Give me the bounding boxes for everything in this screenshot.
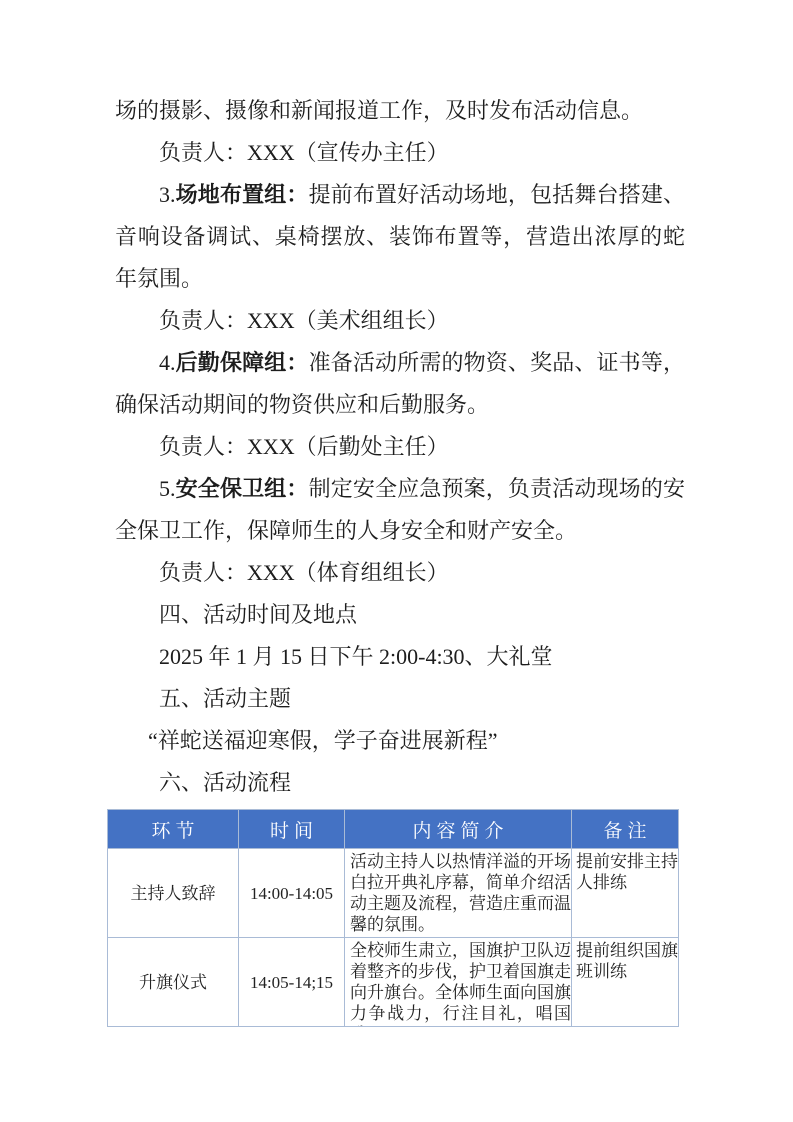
document-page: 场的摄影、摄像和新闻报道工作，及时发布活动信息。 负责人：XXX（宣传办主任） …: [0, 0, 793, 1122]
paragraph-leader-art: 负责人：XXX（美术组组长）: [115, 300, 685, 342]
paragraph-leader-logistics: 负责人：XXX（后勤处主任）: [115, 426, 685, 468]
cell-note-text: 提前安排主持人排练: [572, 849, 678, 937]
cell-content: 全校师生肃立，国旗护卫队迈着整齐的步伐，护卫着国旗走向升旗台。全体师生面向国旗力…: [345, 938, 572, 1027]
group-security-number: 5.: [159, 476, 176, 501]
column-header-stage: 环节: [108, 810, 239, 849]
cell-note-text: 提前组织国旗班训练: [572, 938, 678, 1026]
paragraph-theme: “祥蛇送福迎寒假，学子奋进展新程”: [115, 720, 685, 762]
cell-stage: 主持人致辞: [108, 849, 239, 938]
group-logistics-name: 后勤保障组：: [176, 350, 309, 375]
group-logistics-number: 4.: [159, 350, 176, 375]
heading-flow: 六、活动流程: [115, 762, 685, 804]
schedule-header-row: 环节 时间 内容简介 备注: [108, 810, 679, 849]
heading-theme: 五、活动主题: [115, 678, 685, 720]
cell-stage: 升旗仪式: [108, 938, 239, 1027]
cell-time: 14:00-14:05: [239, 849, 345, 938]
cell-content-text: 全校师生肃立，国旗护卫队迈着整齐的步伐，护卫着国旗走向升旗台。全体师生面向国旗力…: [345, 938, 571, 1026]
column-header-note: 备注: [572, 810, 679, 849]
schedule-table: 环节 时间 内容简介 备注 主持人致辞 14:00-14:05 活动主持人以热情…: [107, 809, 679, 1027]
column-header-content: 内容简介: [345, 810, 572, 849]
group-security-name: 安全保卫组：: [176, 476, 309, 501]
document-content: 场的摄影、摄像和新闻报道工作，及时发布活动信息。 负责人：XXX（宣传办主任） …: [115, 90, 685, 1027]
heading-time-place: 四、活动时间及地点: [115, 594, 685, 636]
paragraph-group-logistics: 4.后勤保障组：准备活动所需的物资、奖品、证书等，确保活动期间的物资供应和后勤服…: [115, 342, 685, 426]
table-row-host-speech: 主持人致辞 14:00-14:05 活动主持人以热情洋溢的开场白拉开典礼序幕，简…: [108, 849, 679, 938]
cell-note: 提前安排主持人排练: [572, 849, 679, 938]
column-header-time: 时间: [239, 810, 345, 849]
cell-content: 活动主持人以热情洋溢的开场白拉开典礼序幕，简单介绍活动主题及流程，营造庄重而温馨…: [345, 849, 572, 938]
table-row-flag-ceremony: 升旗仪式 14:05-14;15 全校师生肃立，国旗护卫队迈着整齐的步伐，护卫着…: [108, 938, 679, 1027]
cell-time: 14:05-14;15: [239, 938, 345, 1027]
group-venue-number: 3.: [159, 182, 176, 207]
paragraph-time-place: 2025 年 1 月 15 日下午 2:00-4:30、大礼堂: [115, 636, 685, 678]
paragraph-group-security: 5.安全保卫组：制定安全应急预案，负责活动现场的安全保卫工作，保障师生的人身安全…: [115, 468, 685, 552]
group-venue-name: 场地布置组：: [176, 182, 309, 207]
paragraph-leader-sports: 负责人：XXX（体育组组长）: [115, 552, 685, 594]
paragraph-photo-report: 场的摄影、摄像和新闻报道工作，及时发布活动信息。: [115, 90, 685, 132]
paragraph-leader-publicity: 负责人：XXX（宣传办主任）: [115, 132, 685, 174]
paragraph-group-venue: 3.场地布置组：提前布置好活动场地，包括舞台搭建、音响设备调试、桌椅摆放、装饰布…: [115, 174, 685, 300]
cell-note: 提前组织国旗班训练: [572, 938, 679, 1027]
cell-content-text: 活动主持人以热情洋溢的开场白拉开典礼序幕，简单介绍活动主题及流程，营造庄重而温馨…: [345, 849, 571, 937]
